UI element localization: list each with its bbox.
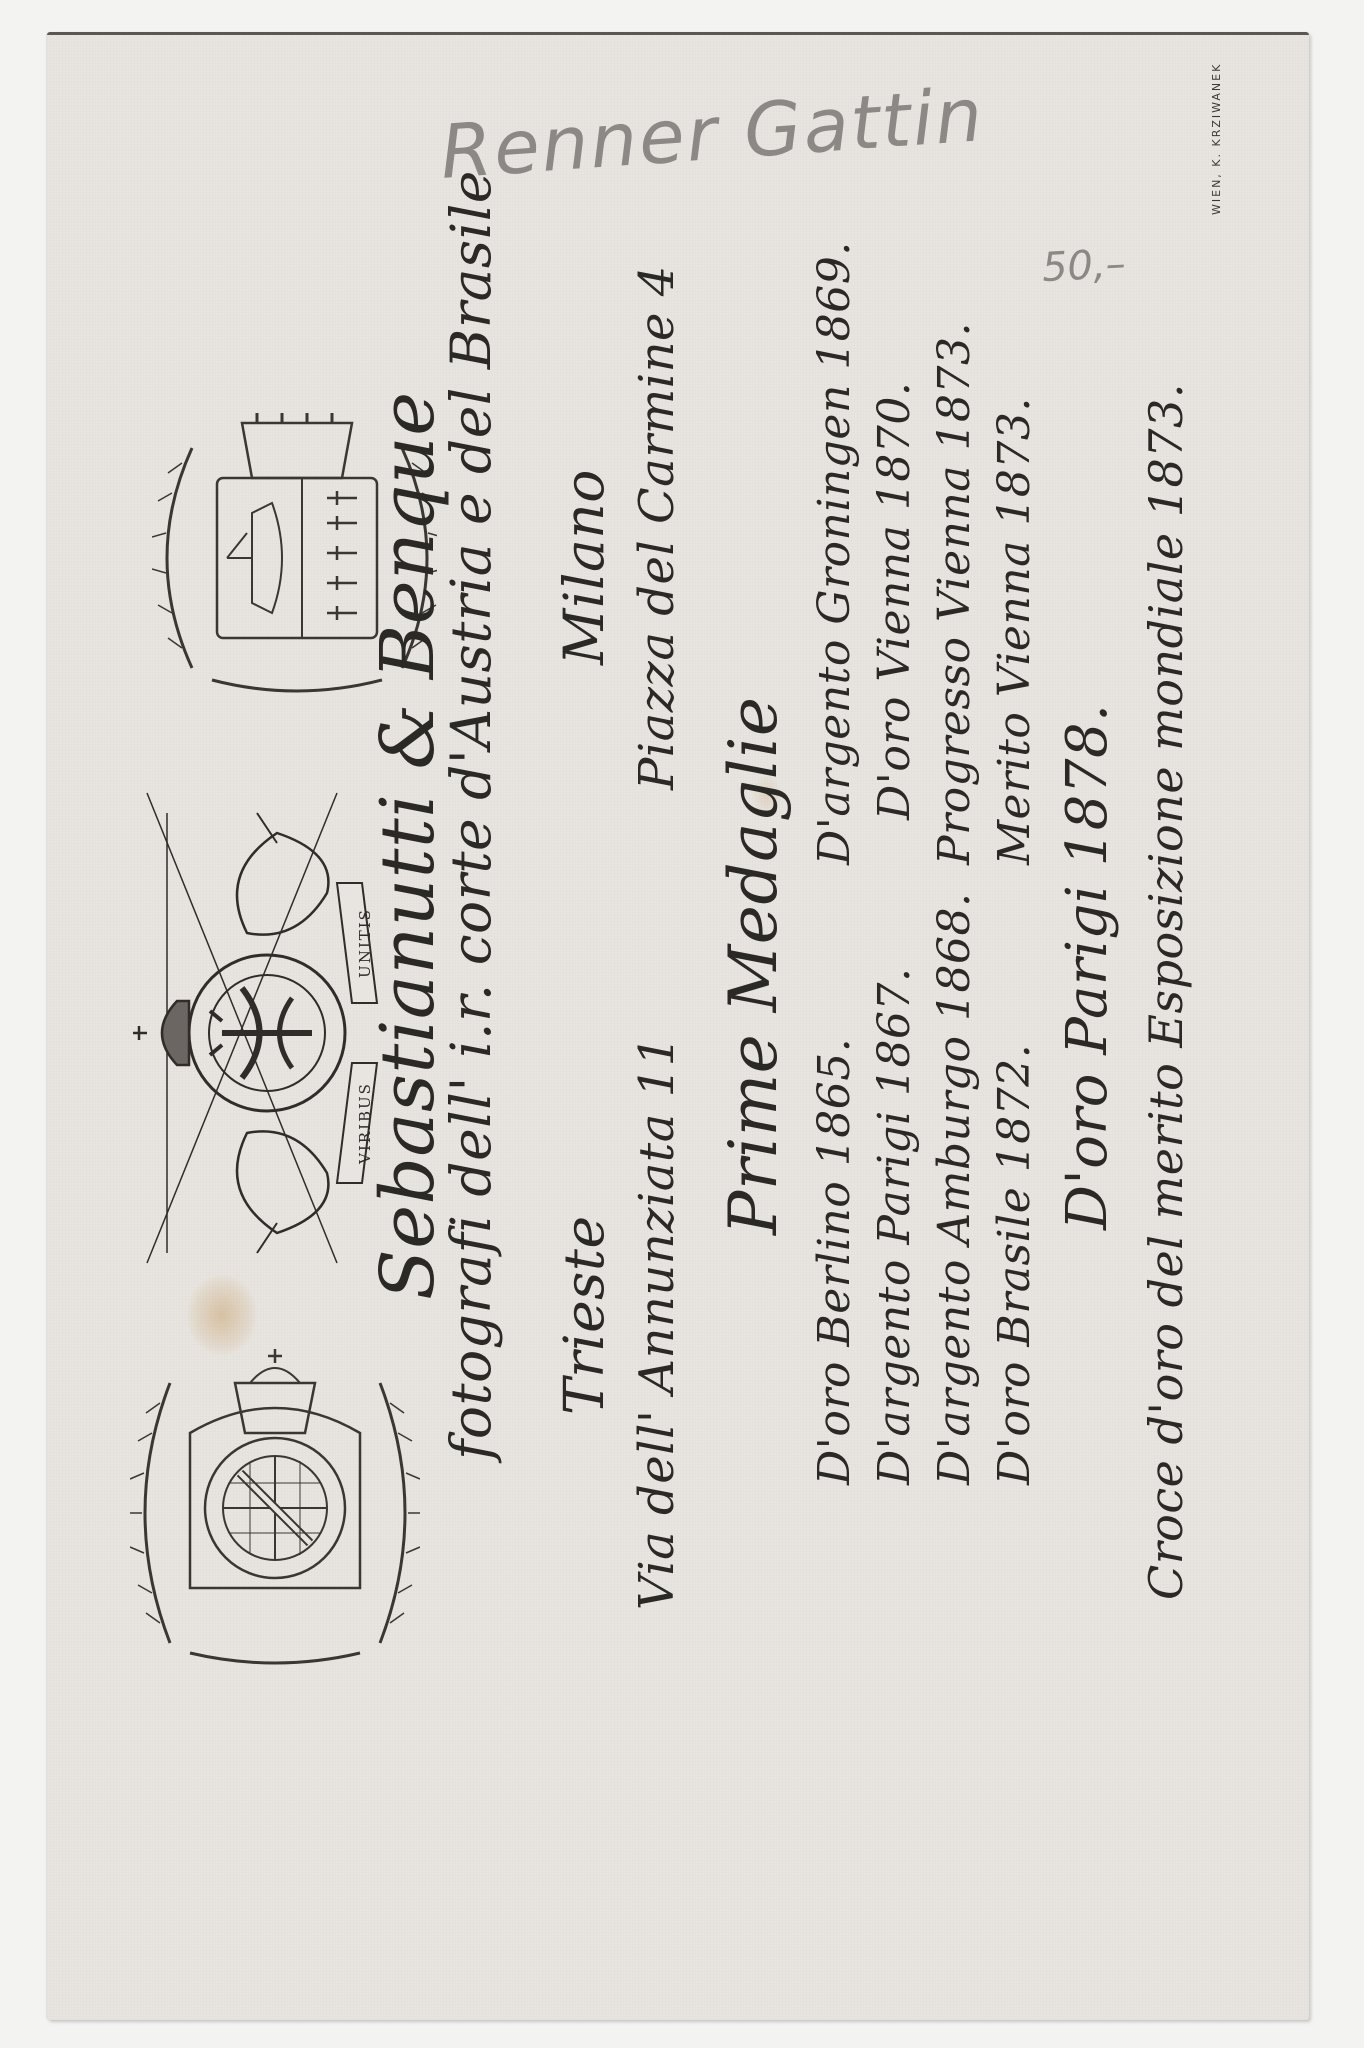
medal-left-3: D'argento Amburgo 1868. [929,893,980,1485]
location-milano-address: Piazza del Carmine 4 [629,265,685,790]
studio-title: fotografi dell' i.r. corte d'Austria e d… [439,170,503,1460]
cabinet-card-back: Renner Gattin 50,– WIEN, K. KRZIWANEK [47,32,1309,2020]
medal-paris-1878: D'oro Parigi 1878. [1055,704,1120,1230]
location-trieste-address: Via dell' Annunziata 11 [629,1035,685,1610]
medal-right-2: D'oro Vienna 1870. [869,382,920,820]
location-trieste-city: Trieste [552,1216,616,1416]
brazil-coat-of-arms-icon [130,1343,420,1683]
medals-heading: Prime Medaglie [715,697,792,1235]
rotated-content: VIRIBUS UNITIS [47,35,1309,2020]
medal-left-1: D'oro Berlino 1865. [809,1038,860,1485]
medal-left-2: D'argento Parigi 1867. [869,968,920,1486]
medal-cross-of-merit: Croce d'oro del merito Esposizione mondi… [1139,383,1193,1600]
medal-left-4: D'oro Brasile 1872. [989,1044,1040,1485]
medal-right-4: Merito Vienna 1873. [989,397,1040,865]
location-milano-city: Milano [552,469,616,665]
medal-right-3: Progresso Vienna 1873. [929,322,980,865]
medal-right-1: D'argento Groningen 1869. [809,241,860,865]
austrian-imperial-eagle-emblem-icon: VIRIBUS UNITIS [127,773,387,1293]
